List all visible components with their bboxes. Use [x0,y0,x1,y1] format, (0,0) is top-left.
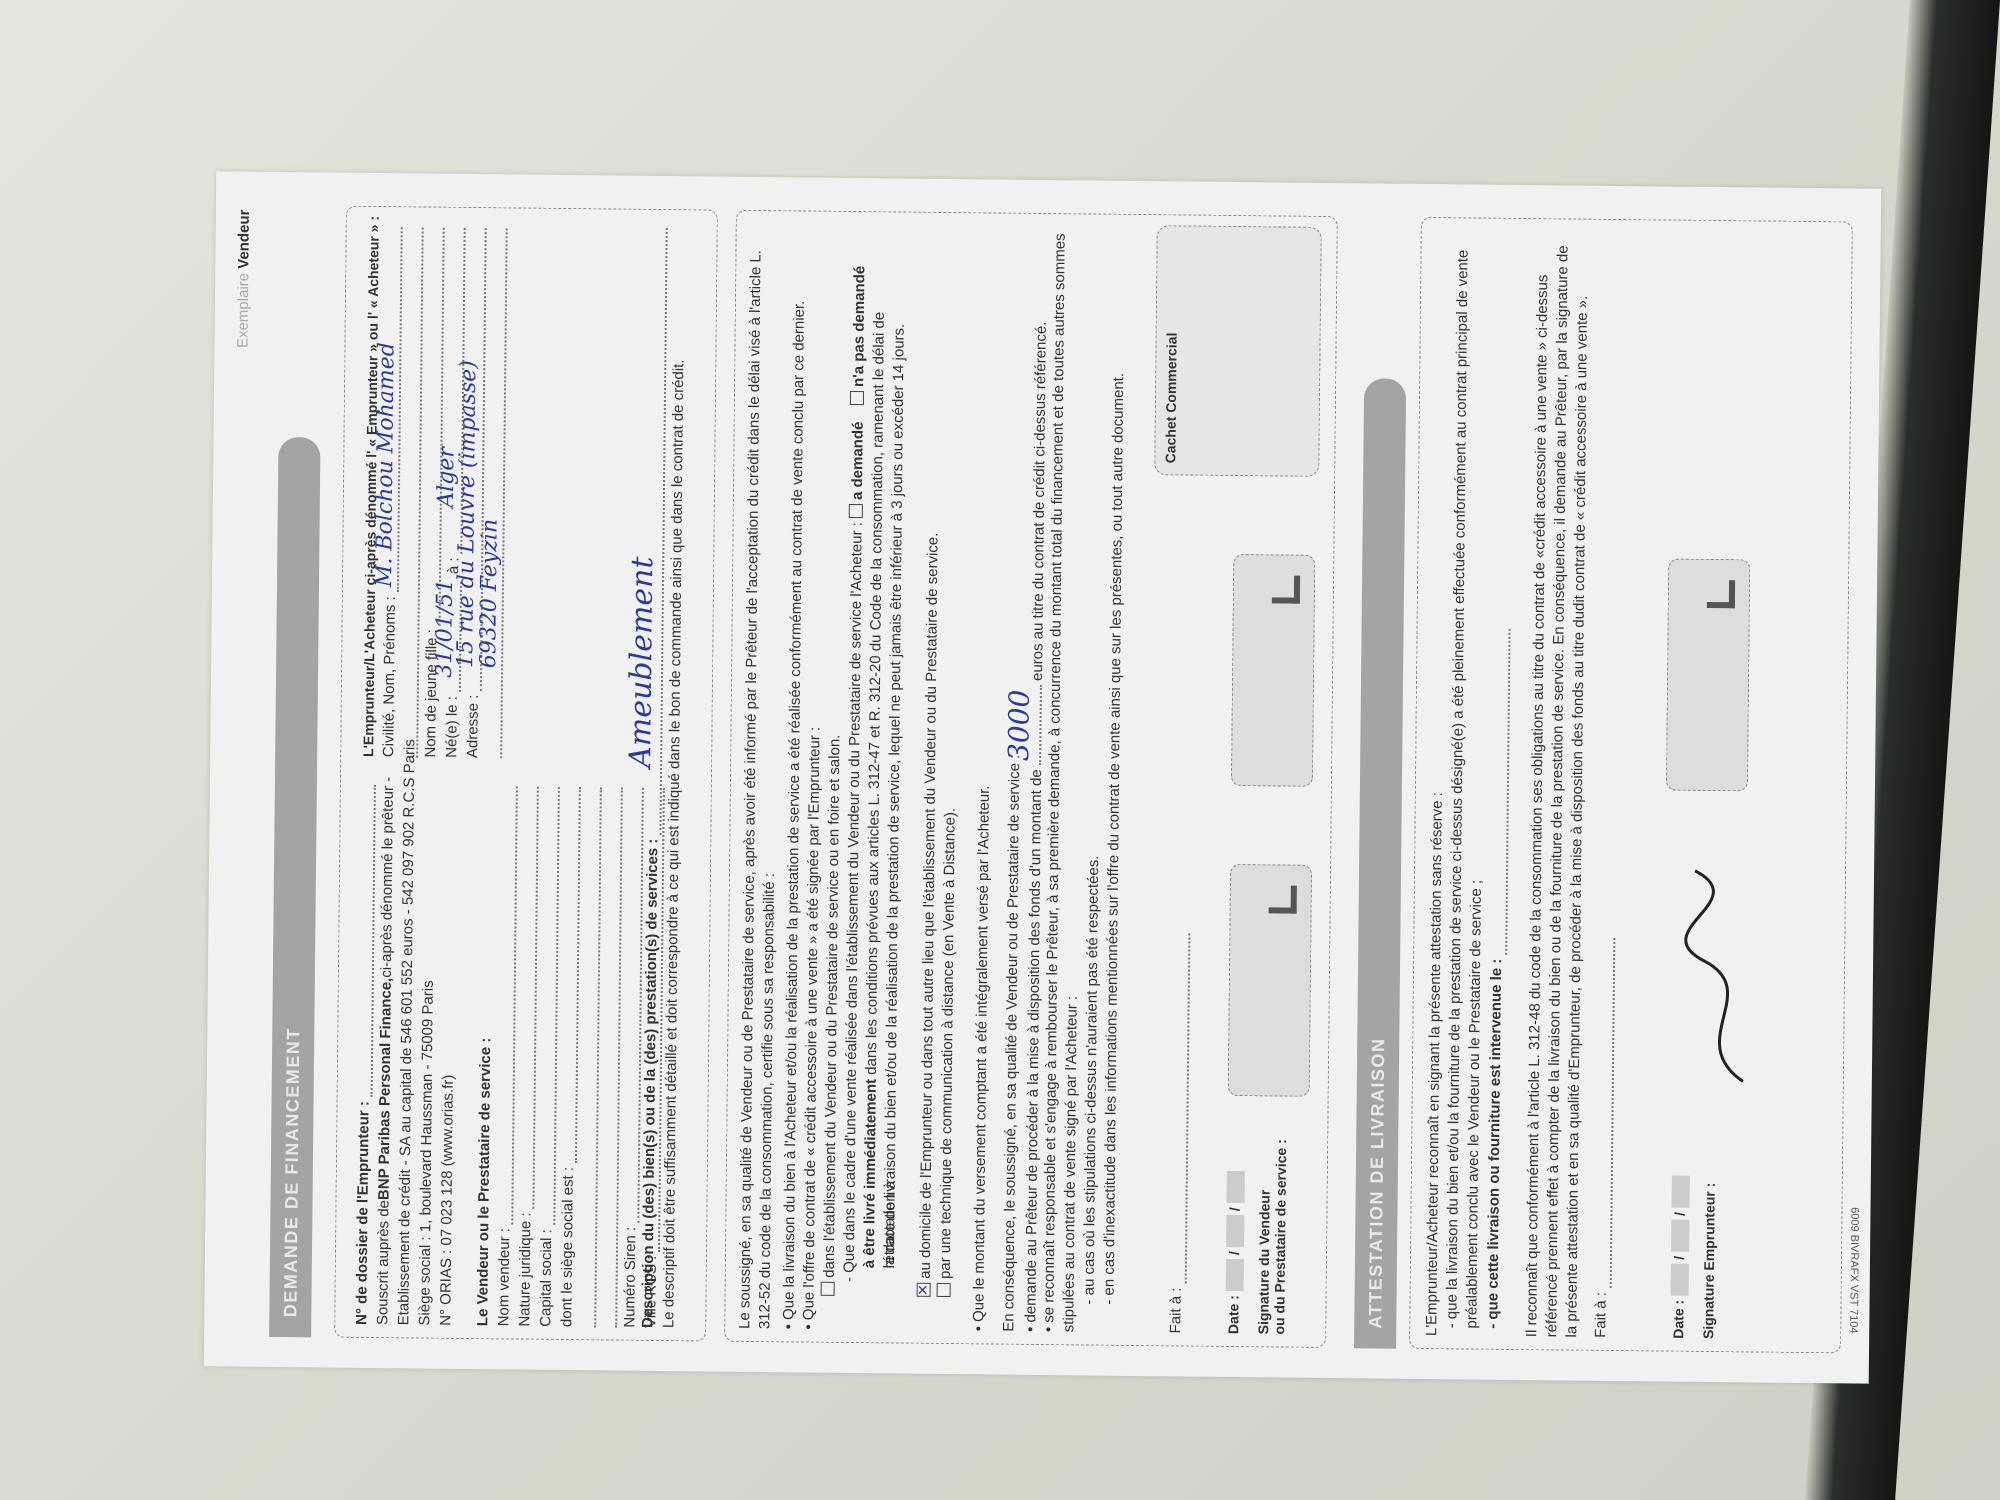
requested-checkbox[interactable] [849,504,863,518]
dossier-label: N° de dossier de l'Emprunteur : [353,1101,372,1325]
borrower-signature-label: Signature Emprunteur : [1700,1183,1718,1340]
lender-name: BNP Paribas Personal Finance, [376,978,395,1200]
vendor-place-field[interactable]: Fait à : [1165,933,1190,1333]
address-line-2-value: 69320 Feyzin [476,519,503,669]
vendor-signature-label: Signature du Vendeurou du Prestataire de… [1255,1139,1289,1335]
vendor-signature-zone[interactable] [1228,864,1312,1097]
description-block: Description du (des) bien(s) ou de la (d… [635,228,689,1328]
bullet-down-payment-text: Que le montant du versement comptant a é… [970,785,993,1322]
copy-label: Exemplaire Vendeur [234,210,252,349]
not-requested-label: n'a pas demandé [850,266,868,387]
certification-intro: Le soussigné, en sa qualité de Vendeur o… [735,229,787,1329]
vendor-certification-section: Le soussigné, en sa qualité de Vendeur o… [724,210,1338,1348]
parties-section: N° de dossier de l'Emprunteur : Souscrit… [334,206,718,1342]
establishment-checkbox[interactable] [821,1282,835,1296]
vendor-signature-label-2: ou du Prestataire de service : [1271,1139,1289,1334]
immediate-delivery-bold: à être livré immédiatement [861,1079,880,1268]
sign-here-arrow-icon [1269,885,1297,913]
title-band: DEMANDE DE FINANCEMENT [269,437,320,1337]
amount-field[interactable]: 3000 [1025,685,1042,765]
lender-suffix: ci-après dénommé le prêteur - [378,777,397,978]
lender-vendor-column: N° de dossier de l'Emprunteur : Souscrit… [349,785,665,1328]
delivery-attestation-section: L'Emprunteur/Acheteur reconnaît en signa… [1409,217,1853,1353]
description-value: Ameublement [623,556,660,768]
delivery-date-label: - que cette livraison ou fourniture est … [1483,959,1507,1329]
vendor-heading: Le Vendeur ou le Prestataire de service … [474,1038,494,1327]
form-code: 6009 BIVRAFX VST 7104 [1847,1207,1860,1333]
borrower-place-label: Fait à : [1591,1292,1611,1338]
capital-label: Capital social : [537,1229,555,1327]
vendor-date-field[interactable]: Date :// [1225,1167,1245,1334]
copy-label-bold: Vendeur [235,210,253,269]
vendor-date-label: Date : [1225,1295,1241,1334]
delivery-band: ATTESTATION DE LIVRAISON [1354,378,1406,1348]
head-office-label: dont le siège social est : [558,1167,577,1327]
lender-prefix: Souscrit auprès de [374,1200,392,1325]
commercial-stamp-label: Cachet Commercial [1162,333,1179,464]
option-distance-text: par une technique de communication à dis… [937,808,959,1279]
vendor-name-label: Nom vendeur : [495,1228,513,1327]
vendor-signature-zone-2[interactable] [1231,554,1315,787]
sign-here-arrow-icon [1707,580,1735,608]
bullet-down-payment: • Que le montant du versement comptant a… [969,231,1001,1331]
borrower-place-field[interactable]: Fait à : [1590,938,1615,1338]
requested-label: a demandé [849,422,867,501]
borrower-date-label: Date : [1670,1300,1686,1339]
sign-here-arrow-icon [1272,575,1300,603]
paper-sheet: Exemplaire Vendeur DEMANDE DE FINANCEMEN… [204,171,1881,1383]
commercial-stamp-box[interactable]: Cachet Commercial [1154,225,1322,477]
borrower-signature-zone[interactable] [1666,559,1750,792]
amount-value: 3000 [1009,690,1030,761]
vendor-place-label: Fait à : [1166,1287,1186,1333]
borrower-signature-area[interactable] [1663,821,1776,1102]
home-checkbox-checked[interactable] [917,1283,931,1297]
legal-nature-label: Nature juridique : [516,1212,534,1326]
address-label: Adresse : [464,695,482,759]
address-line-2-field[interactable]: 69320 Feyzin [481,228,508,758]
financing-request-form: Exemplaire Vendeur DEMANDE DE FINANCEMEN… [204,171,1881,1383]
distance-checkbox[interactable] [937,1283,951,1297]
not-requested-checkbox[interactable] [850,391,864,405]
delivery-legal-text: Il reconnaît que conformément à l'articl… [1522,237,1594,1338]
civility-label: Civilité, Nom, Prénoms : [380,596,399,757]
borrower-date-field[interactable]: Date :// [1670,1172,1690,1339]
birth-date-label: Né(e) le : [443,696,461,758]
handwritten-signature-icon [1663,821,1776,1102]
lender-line-4: N° ORIAS : 07 023 128 (www.orias.fr) [433,786,460,1326]
borrower-column: L'Emprunteur/L'Acheteur ci-après dénommé… [355,227,508,759]
copy-label-light: Exemplaire [234,273,252,348]
civility-value: M. Bolchou Mohamed [372,342,400,587]
